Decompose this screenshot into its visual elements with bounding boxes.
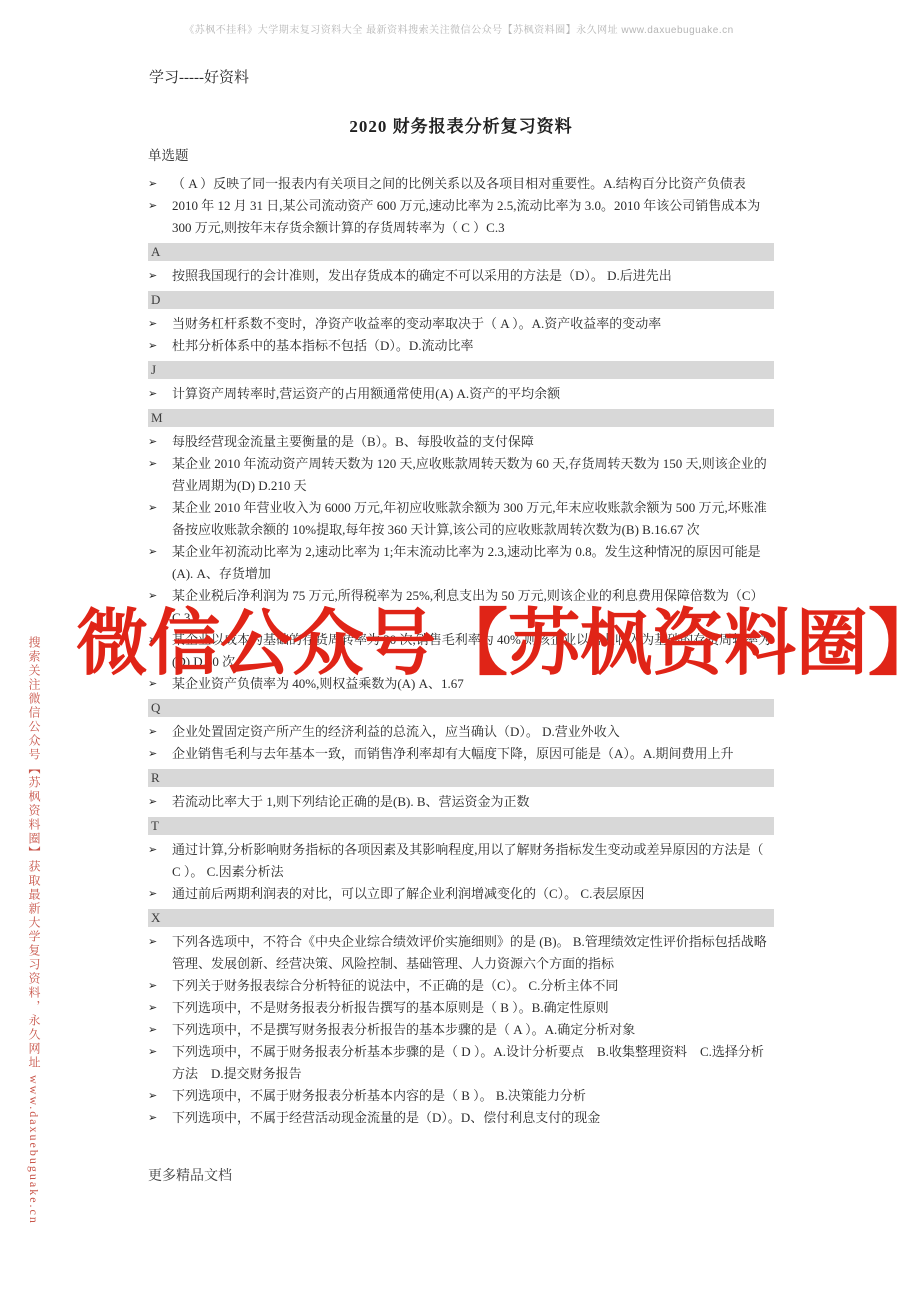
question-item: ➢下列选项中，不是撰写财务报表分析报告的基本步骤的是（ A ）。A.确定分析对象 (148, 1019, 774, 1041)
arrow-bullet-icon: ➢ (148, 1085, 172, 1107)
question-text: 2010 年 12 月 31 日,某公司流动资产 600 万元,速动比率为 2.… (172, 195, 774, 239)
question-item: ➢按照我国现行的会计准则，发出存货成本的确定不可以采用的方法是（D）。 D.后进… (148, 265, 774, 287)
arrow-bullet-icon: ➢ (148, 173, 172, 195)
question-item: ➢某企业年初流动比率为 2,速动比率为 1;年末流动比率为 2.3,速动比率为 … (148, 541, 774, 585)
question-item: ➢下列关于财务报表综合分析特征的说法中，不正确的是（C）。 C.分析主体不同 (148, 975, 774, 997)
arrow-bullet-icon: ➢ (148, 1107, 172, 1129)
section-letter-bar: X (148, 909, 774, 927)
question-item: ➢当财务杠杆系数不变时，净资产收益率的变动率取决于（ A ）。A.资产收益率的变… (148, 313, 774, 335)
question-item: ➢某企业 2010 年流动资产周转天数为 120 天,应收账款周转天数为 60 … (148, 453, 774, 497)
question-text: 下列各选项中，不符合《中央企业综合绩效评价实施细则》的是 (B)。 B.管理绩效… (172, 931, 774, 975)
question-item: ➢通过计算,分析影响财务指标的各项因素及其影响程度,用以了解财务指标发生变动或差… (148, 839, 774, 883)
question-item: ➢下列选项中，不属于财务报表分析基本内容的是（ B ）。 B.决策能力分析 (148, 1085, 774, 1107)
question-text: 计算资产周转率时,营运资产的占用额通常使用(A) A.资产的平均余额 (172, 383, 774, 405)
study-note: 学习-----好资料 (149, 66, 249, 87)
arrow-bullet-icon: ➢ (148, 1041, 172, 1063)
question-text: 当财务杠杆系数不变时，净资产收益率的变动率取决于（ A ）。A.资产收益率的变动… (172, 313, 774, 335)
page-title: 2020 财务报表分析复习资料 (148, 112, 774, 137)
watermark-banner: 微信公众号【苏枫资料圈】 (76, 598, 918, 690)
arrow-bullet-icon: ➢ (148, 975, 172, 997)
question-text: 某企业 2010 年营业收入为 6000 万元,年初应收账款余额为 300 万元… (172, 497, 774, 541)
arrow-bullet-icon: ➢ (148, 743, 172, 765)
question-text: 每股经营现金流量主要衡量的是（B）。B、每股收益的支付保障 (172, 431, 774, 453)
section-letter-bar: R (148, 769, 774, 787)
question-text: （ A ）反映了同一报表内有关项目之间的比例关系以及各项目相对重要性。A.结构百… (172, 173, 774, 195)
question-item: ➢（ A ）反映了同一报表内有关项目之间的比例关系以及各项目相对重要性。A.结构… (148, 173, 774, 195)
question-item: ➢若流动比率大于 1,则下列结论正确的是(B). B、营运资金为正数 (148, 791, 774, 813)
question-text: 下列选项中，不属于经营活动现金流量的是（D）。D、偿付利息支付的现金 (172, 1107, 774, 1129)
question-item: ➢通过前后两期利润表的对比，可以立即了解企业利润增减变化的（C）。 C.表层原因 (148, 883, 774, 905)
question-text: 某企业 2010 年流动资产周转天数为 120 天,应收账款周转天数为 60 天… (172, 453, 774, 497)
arrow-bullet-icon: ➢ (148, 431, 172, 453)
question-text: 若流动比率大于 1,则下列结论正确的是(B). B、营运资金为正数 (172, 791, 774, 813)
arrow-bullet-icon: ➢ (148, 721, 172, 743)
question-text: 下列关于财务报表综合分析特征的说法中，不正确的是（C）。 C.分析主体不同 (172, 975, 774, 997)
section-letter-bar: Q (148, 699, 774, 717)
arrow-bullet-icon: ➢ (148, 883, 172, 905)
arrow-bullet-icon: ➢ (148, 1019, 172, 1041)
arrow-bullet-icon: ➢ (148, 195, 172, 217)
arrow-bullet-icon: ➢ (148, 383, 172, 405)
section-letter-bar: M (148, 409, 774, 427)
question-item: ➢2010 年 12 月 31 日,某公司流动资产 600 万元,速动比率为 2… (148, 195, 774, 239)
question-text: 企业销售毛利与去年基本一致，而销售净利率却有大幅度下降，原因可能是（A）。A.期… (172, 743, 774, 765)
question-item: ➢下列选项中，不是财务报表分析报告撰写的基本原则是（ B ）。B.确定性原则 (148, 997, 774, 1019)
question-text: 下列选项中，不是撰写财务报表分析报告的基本步骤的是（ A ）。A.确定分析对象 (172, 1019, 774, 1041)
question-text: 下列选项中，不是财务报表分析报告撰写的基本原则是（ B ）。B.确定性原则 (172, 997, 774, 1019)
arrow-bullet-icon: ➢ (148, 997, 172, 1019)
question-text: 企业处置固定资产所产生的经济利益的总流入，应当确认（D）。 D.营业外收入 (172, 721, 774, 743)
question-text: 通过前后两期利润表的对比，可以立即了解企业利润增减变化的（C）。 C.表层原因 (172, 883, 774, 905)
top-banner: 《苏枫不挂科》大学期末复习资料大全 最新资料搜索关注微信公众号【苏枫资料圈】永久… (0, 21, 918, 36)
question-item: ➢企业处置固定资产所产生的经济利益的总流入，应当确认（D）。 D.营业外收入 (148, 721, 774, 743)
question-item: ➢下列各选项中，不符合《中央企业综合绩效评价实施细则》的是 (B)。 B.管理绩… (148, 931, 774, 975)
question-text: 某企业年初流动比率为 2,速动比率为 1;年末流动比率为 2.3,速动比率为 0… (172, 541, 774, 585)
arrow-bullet-icon: ➢ (148, 497, 172, 519)
question-text: 杜邦分析体系中的基本指标不包括（D）。D.流动比率 (172, 335, 774, 357)
question-text: 下列选项中，不属于财务报表分析基本步骤的是（ D ）。A.设计分析要点 B.收集… (172, 1041, 774, 1085)
question-text: 下列选项中，不属于财务报表分析基本内容的是（ B ）。 B.决策能力分析 (172, 1085, 774, 1107)
arrow-bullet-icon: ➢ (148, 313, 172, 335)
question-item: ➢杜邦分析体系中的基本指标不包括（D）。D.流动比率 (148, 335, 774, 357)
arrow-bullet-icon: ➢ (148, 931, 172, 953)
question-item: ➢某企业 2010 年营业收入为 6000 万元,年初应收账款余额为 300 万… (148, 497, 774, 541)
question-text: 按照我国现行的会计准则，发出存货成本的确定不可以采用的方法是（D）。 D.后进先… (172, 265, 774, 287)
arrow-bullet-icon: ➢ (148, 265, 172, 287)
question-item: ➢下列选项中，不属于财务报表分析基本步骤的是（ D ）。A.设计分析要点 B.收… (148, 1041, 774, 1085)
question-text: 通过计算,分析影响财务指标的各项因素及其影响程度,用以了解财务指标发生变动或差异… (172, 839, 774, 883)
footer-note: 更多精品文档 (148, 1165, 774, 1185)
question-item: ➢计算资产周转率时,营运资产的占用额通常使用(A) A.资产的平均余额 (148, 383, 774, 405)
arrow-bullet-icon: ➢ (148, 453, 172, 475)
arrow-bullet-icon: ➢ (148, 335, 172, 357)
watermark-vertical: 搜索关注微信公众号【苏枫资料圈】获取最新大学复习资料，永久网址 www.daxu… (26, 636, 43, 1296)
arrow-bullet-icon: ➢ (148, 541, 172, 563)
question-item: ➢每股经营现金流量主要衡量的是（B）。B、每股收益的支付保障 (148, 431, 774, 453)
section-letter-bar: D (148, 291, 774, 309)
section-letter-bar: J (148, 361, 774, 379)
question-item: ➢下列选项中，不属于经营活动现金流量的是（D）。D、偿付利息支付的现金 (148, 1107, 774, 1129)
question-item: ➢企业销售毛利与去年基本一致，而销售净利率却有大幅度下降，原因可能是（A）。A.… (148, 743, 774, 765)
section-label: 单选题 (148, 145, 774, 167)
arrow-bullet-icon: ➢ (148, 839, 172, 861)
section-letter-bar: T (148, 817, 774, 835)
arrow-bullet-icon: ➢ (148, 791, 172, 813)
section-letter-bar: A (148, 243, 774, 261)
